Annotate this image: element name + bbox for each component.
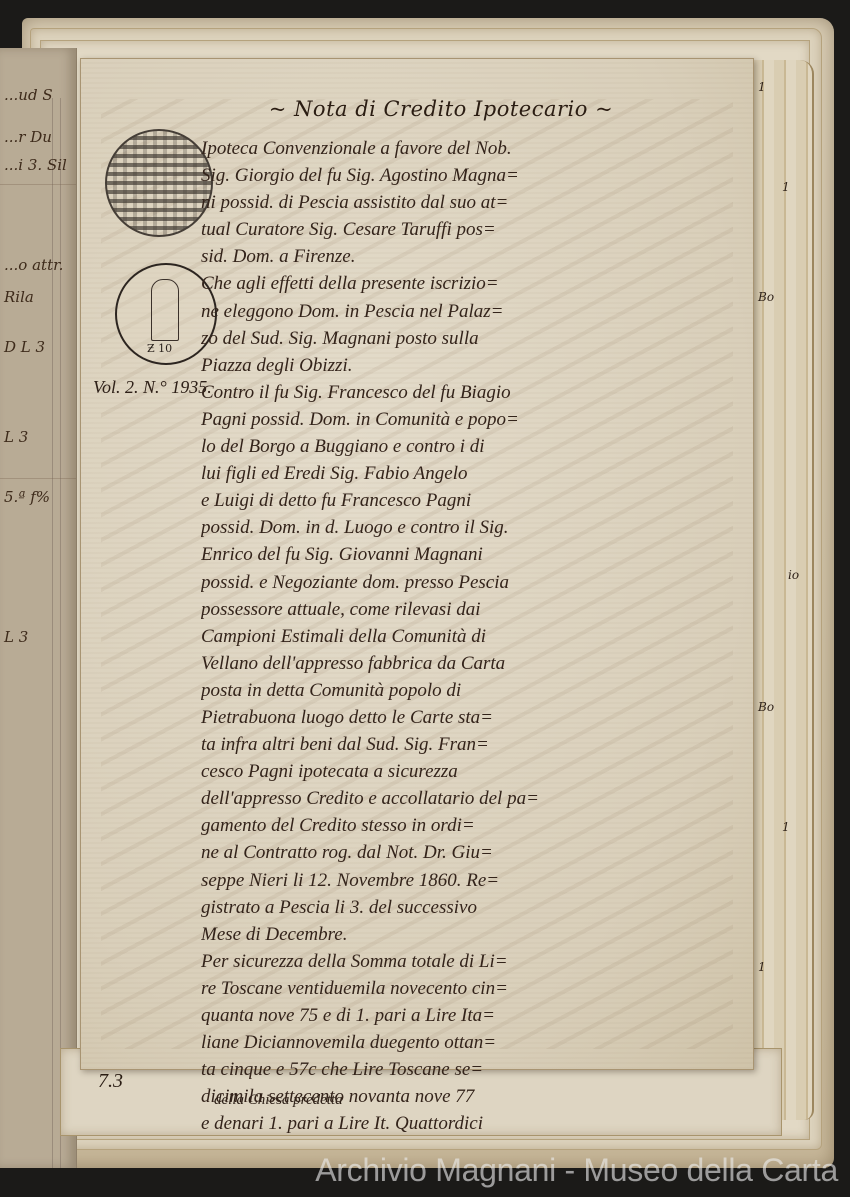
text-line: Vellano dell'appresso fabbrica da Carta (201, 650, 741, 677)
document-body: Ipoteca Convenzionale a favore del Nob. … (201, 135, 741, 1137)
text-line: Ipoteca Convenzionale a favore del Nob. (201, 135, 741, 162)
ledger-fragment: Rila (4, 288, 34, 306)
document-page: Ƶ 10 Vol. 2. N.° 1935. ~ Nota di Credito… (80, 58, 754, 1070)
ledger-fragment: ...o attr. (4, 256, 63, 274)
text-line: dell'appresso Credito e accollatario del… (201, 785, 741, 812)
text-line: Piazza degli Obizzi. (201, 352, 741, 379)
grid-seal-stamp-icon (105, 129, 213, 237)
ledger-fragment: D L 3 (4, 338, 45, 356)
text-line: zo del Sud. Sig. Magnani posto sulla (201, 325, 741, 352)
text-line: Per sicurezza della Somma totale di Li= (201, 948, 741, 975)
text-line: Enrico del fu Sig. Giovanni Magnani (201, 541, 741, 568)
text-line: Campioni Estimali della Comunità di (201, 623, 741, 650)
ledger-fragment: ...r Du (4, 128, 52, 146)
text-line: gamento del Credito stesso in ordi= (201, 812, 741, 839)
text-line: possid. e Negoziante dom. presso Pescia (201, 569, 741, 596)
ruling-line (0, 478, 76, 479)
text-line: seppe Nieri li 12. Novembre 1860. Re= (201, 867, 741, 894)
ledger-fragment: ...ud S (4, 86, 53, 104)
text-line: posta in detta Comunità popolo di (201, 677, 741, 704)
edge-mark: 1 (758, 80, 766, 94)
left-ledger-sheet: ...ud S ...r Du ...i 3. Sil ...o attr. R… (0, 48, 77, 1168)
archive-watermark: Archivio Magnani - Museo della Carta (0, 1152, 850, 1189)
text-line: sid. Dom. a Firenze. (201, 243, 741, 270)
stacked-page-edges: 1 1 Bo io Bo 1 1 (752, 60, 814, 1120)
text-line: ni possid. di Pescia assistito dal suo a… (201, 189, 741, 216)
edge-mark: Bo (758, 700, 774, 714)
volume-margin-note: Vol. 2. N.° 1935. (93, 377, 212, 398)
standing-figure-icon (151, 279, 179, 341)
text-line: lui figli ed Eredi Sig. Fabio Angelo (201, 460, 741, 487)
ledger-fragment: L 3 (4, 628, 28, 646)
text-line: cesco Pagni ipotecata a sicurezza (201, 758, 741, 785)
text-line: dicimila settecento novanta nove 77 (201, 1083, 741, 1110)
text-line: ne eleggono Dom. in Pescia nel Palaz= (201, 298, 741, 325)
text-line: quanta nove 75 e di 1. pari a Lire Ita= (201, 1002, 741, 1029)
text-line: Mese di Decembre. (201, 921, 741, 948)
edge-mark: 1 (782, 820, 790, 834)
document-title: ~ Nota di Credito Ipotecario ~ (231, 97, 651, 121)
text-line: Che agli effetti della presente iscrizio… (201, 270, 741, 297)
text-line: ta infra altri beni dal Sud. Sig. Fran= (201, 731, 741, 758)
edge-mark: 1 (782, 180, 790, 194)
text-line: Pagni possid. Dom. in Comunità e popo= (201, 406, 741, 433)
text-line: e Luigi di detto fu Francesco Pagni (201, 487, 741, 514)
ledger-fragment: ...i 3. Sil (4, 156, 67, 174)
text-line: tual Curatore Sig. Cesare Taruffi pos= (201, 216, 741, 243)
text-line: Sig. Giorgio del fu Sig. Agostino Magna= (201, 162, 741, 189)
text-line: gistrato a Pescia li 3. del successivo (201, 894, 741, 921)
text-line: possid. Dom. in d. Luogo e contro il Sig… (201, 514, 741, 541)
text-line: re Toscane ventiduemila novecento cin= (201, 975, 741, 1002)
stamp-value: Ƶ 10 (147, 342, 172, 355)
text-line: possessore attuale, come rilevasi dai (201, 596, 741, 623)
edge-mark: Bo (758, 290, 774, 304)
text-line: Pietrabuona luogo detto le Carte sta= (201, 704, 741, 731)
text-line: lo del Borgo a Buggiano e contro i di (201, 433, 741, 460)
text-line: ne al Contratto rog. dal Not. Dr. Giu= (201, 839, 741, 866)
text-line: liane Diciannovemila duegento ottan= (201, 1029, 741, 1056)
edge-mark: 1 (758, 960, 766, 974)
ruling-line (0, 184, 76, 185)
ledger-fragment: L 3 (4, 428, 28, 446)
edge-mark: io (788, 568, 799, 582)
text-line: e denari 1. pari a Lire It. Quattordici (201, 1110, 741, 1137)
lower-sheet-number: 7.3 (98, 1070, 123, 1093)
text-line: ta cinque e 57c che Lire Toscane se= (201, 1056, 741, 1083)
text-line: Contro il fu Sig. Francesco del fu Biagi… (201, 379, 741, 406)
ledger-fragment: 5.ª f% (4, 488, 50, 506)
